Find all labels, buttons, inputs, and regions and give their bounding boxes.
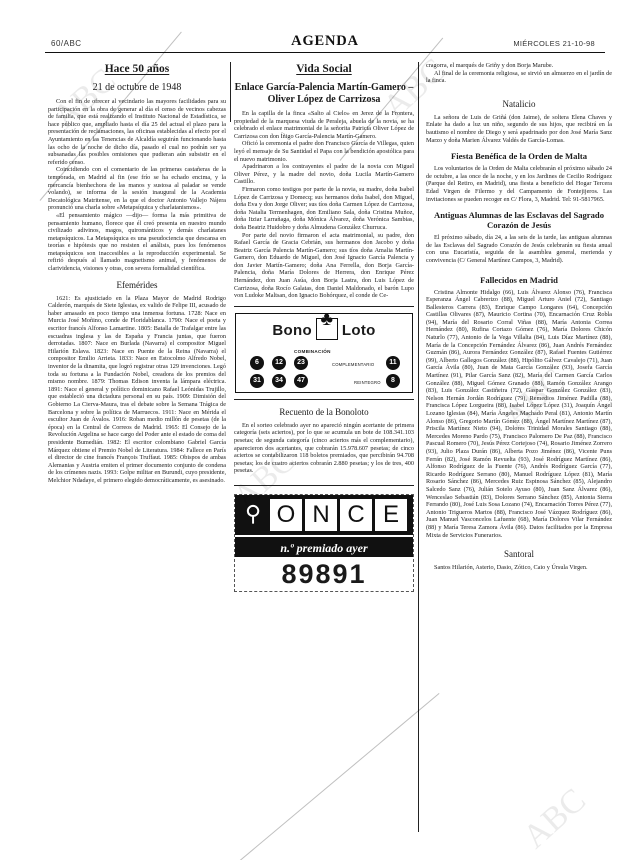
article-paragraph: Por parte del novio firmaron el acta mat… [234, 232, 414, 300]
article-paragraph: Al final de la ceremonia religiosa, se s… [426, 70, 612, 85]
issue-date: MIÉRCOLES 21-10-98 [513, 39, 595, 48]
column-divider [230, 62, 231, 122]
once-logo-letter: E [375, 499, 407, 531]
once-logo: ⚲ O N C E [235, 495, 413, 535]
section-heading-hace-50-anos: Hace 50 años [48, 62, 226, 78]
article-paragraph: «El pensamiento mágico —dijo— forma la m… [48, 212, 226, 273]
section-divider [234, 485, 414, 486]
bonoloto-logo: BonoLoto [236, 320, 412, 342]
section-heading-orden-malta: Fiesta Benéfica de la Orden de Malta [426, 151, 612, 161]
once-subtitle: n.º premiado ayer [235, 535, 413, 557]
complementario-ball: 11 [386, 356, 400, 370]
winning-number-ball: 34 [272, 374, 286, 388]
column-agenda-right: cragorra, el marqués de Griñy y don Borj… [426, 62, 612, 572]
article-paragraph: Firmaron como testigos por parte de la n… [234, 186, 414, 232]
article-paragraph: Con el fin de ofrecer al vecindario las … [48, 98, 226, 166]
column-vida-social: Vida Social Enlace García-Palencia Martí… [234, 62, 414, 592]
esclavas-text: El próximo sábado, día 24, a las seis de… [426, 234, 612, 264]
winning-number-ball: 23 [294, 356, 308, 370]
winning-number-ball: 12 [272, 356, 286, 370]
section-heading-recuento: Recuento de la Bonoloto [234, 407, 414, 418]
once-winning-number: 89891 [235, 557, 413, 591]
column-divider [418, 62, 419, 832]
section-heading-vida-social: Vida Social [234, 62, 414, 78]
section-heading-efemerides: Efemérides [48, 280, 226, 291]
blind-person-icon: ⚲ [239, 499, 267, 531]
watermark-line [240, 693, 440, 860]
winning-number-ball: 31 [250, 374, 264, 388]
section-divider [234, 399, 414, 400]
section-divider [234, 306, 414, 307]
reintegro-ball: 8 [386, 374, 400, 388]
article-paragraph: Coincidiendo con el comentario de las pr… [48, 166, 226, 212]
masthead: 60/ABC AGENDA MIÉRCOLES 21-10-98 [45, 35, 605, 53]
abc-watermark: ABC [516, 781, 593, 856]
article-paragraph: En la capilla de la finca «Salto al Ciel… [234, 110, 414, 140]
once-logo-letter: C [340, 499, 372, 531]
fallecidos-text: Cristina Almonte Hidalgo (66), Luis Álva… [426, 289, 612, 540]
article-paragraph: Ofició la ceremonia el padre don Francis… [234, 140, 414, 163]
wedding-heading: Enlace García-Palencia Martín-Gamero – O… [234, 82, 414, 106]
column-hace-50-anos: Hace 50 años 21 de octubre de 1948 Con e… [48, 62, 226, 485]
reintegro-label: REINTEGRO [354, 379, 381, 387]
complementario-label: COMPLEMENTARIO [332, 361, 374, 369]
once-logo-letter: N [305, 499, 337, 531]
santoral-text: Santos Hilarión, Asterio, Dasio, Zótico,… [426, 564, 612, 572]
bonoloto-logo-right: Loto [342, 322, 376, 339]
once-results-box: ⚲ O N C E n.º premiado ayer 89891 [234, 494, 414, 592]
combinacion-label: COMBINACIÓN [294, 348, 331, 356]
bonoloto-logo-left: Bono [272, 322, 312, 339]
section-heading-esclavas: Antiguas Alumnas de las Esclavas del Sag… [426, 210, 612, 230]
section-heading-natalicio: Natalicio [426, 99, 612, 110]
winning-number-ball: 47 [294, 374, 308, 388]
section-heading-santoral: Santoral [426, 549, 612, 560]
date-heading: 21 de octubre de 1948 [48, 82, 226, 94]
article-paragraph: Apadrinaron a los contrayentes el padre … [234, 163, 414, 186]
winning-number-ball: 6 [250, 356, 264, 370]
natalicio-text: La señora de Luis de Griñá (don Jaime), … [426, 114, 612, 144]
efemerides-text: 1621: Es ajusticiado en la Plaza Mayor d… [48, 295, 226, 485]
clover-icon [316, 318, 338, 340]
section-heading-fallecidos: Fallecidos en Madrid [426, 275, 612, 285]
recuento-text: En el sorteo celebrado ayer no apareció … [234, 422, 414, 475]
once-logo-letter: O [270, 499, 302, 531]
malta-text: Los voluntarios de la Orden de Malta cel… [426, 165, 612, 203]
article-paragraph: cragorra, el marqués de Griñy y don Borj… [426, 62, 612, 70]
newspaper-page: 60/ABC AGENDA MIÉRCOLES 21-10-98 Hace 50… [0, 0, 620, 860]
bonoloto-results-box: BonoLoto COMBINACIÓN 6 12 23 31 34 47 CO… [235, 313, 413, 393]
